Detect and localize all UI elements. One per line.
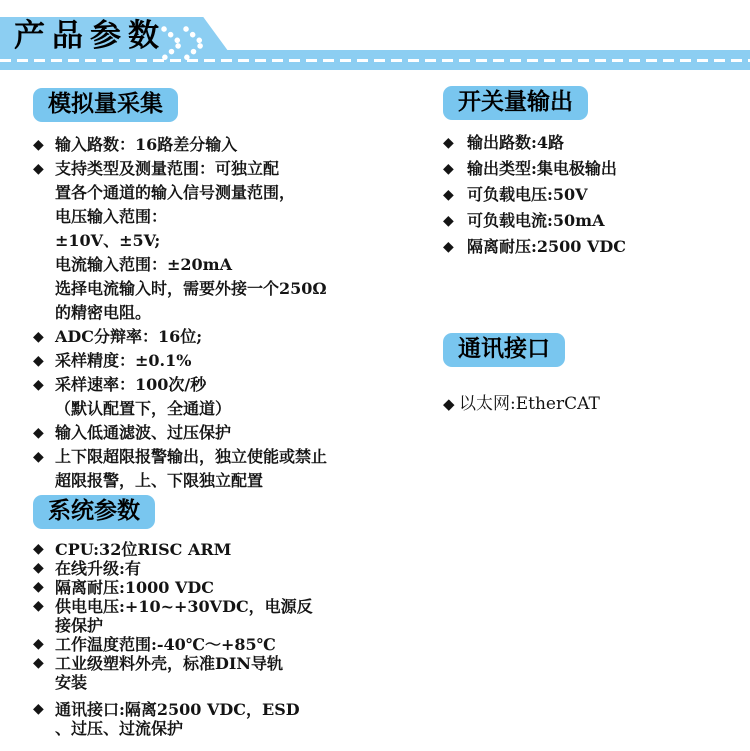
- spec-text-line: ADC分辩率：16位;: [55, 325, 413, 349]
- spec-text-line: 安装: [55, 673, 413, 692]
- diamond-bullet-icon: ◆: [33, 445, 55, 469]
- product-parameters-page: 产品参数 模拟量采集 ◆输入路数：16路差分输入◆支持类型及测量范围：可独立配置…: [0, 0, 750, 751]
- diamond-bullet-icon: ◆: [443, 160, 467, 178]
- spec-text-line: 可负载电压:50V: [467, 186, 743, 204]
- section-system-parameters: 系统参数 ◆CPU:32位RISC ARM◆在线升级:有◆隔离耐压:1000 V…: [33, 495, 413, 738]
- diamond-bullet-icon: ◆: [33, 700, 55, 719]
- spec-text-line: 、过压、过流保护: [55, 719, 413, 738]
- spec-bullet-item: ◆采样速率：100次/秒（默认配置下，全通道）: [33, 373, 413, 421]
- spec-text-line: ±10V、±5V;: [55, 229, 413, 253]
- diamond-bullet-icon: ◆: [443, 134, 467, 152]
- section-title-analog-acquisition: 模拟量采集: [33, 88, 178, 122]
- spec-bullet-item: ◆输入低通滤波、过压保护: [33, 421, 413, 445]
- spec-bullet-item: ◆输入路数：16路差分输入: [33, 133, 413, 157]
- page-title: 产品参数: [14, 21, 166, 52]
- spec-bullet-item: ◆以太网:EtherCAT: [443, 394, 743, 414]
- diamond-bullet-icon: ◆: [33, 635, 55, 654]
- spec-text-line: 隔离耐压:1000 VDC: [55, 578, 413, 597]
- section-title-digital-output: 开关量输出: [443, 86, 588, 120]
- spec-text-line: 工业级塑料外壳，标准DIN导轨: [55, 654, 413, 673]
- spec-text-line: 输出路数:4路: [467, 134, 743, 152]
- spec-bullet-item: ◆隔离耐压:2500 VDC: [443, 238, 743, 256]
- diamond-bullet-icon: ◆: [33, 133, 55, 157]
- page-banner: 产品参数: [0, 0, 750, 72]
- diamond-bullet-icon: ◆: [33, 597, 55, 616]
- diamond-bullet-icon: ◆: [33, 373, 55, 397]
- spec-bullet-item: ◆ADC分辩率：16位;: [33, 325, 413, 349]
- diamond-bullet-icon: ◆: [443, 212, 467, 230]
- spec-text-line: 供电电压:+10~+30VDC，电源反: [55, 597, 413, 616]
- spec-bullet-item: ◆供电电压:+10~+30VDC，电源反接保护: [33, 597, 413, 635]
- diamond-bullet-icon: ◆: [443, 186, 467, 204]
- spec-bullet-item: ◆可负载电流:50mA: [443, 212, 743, 230]
- spec-text-line: 采样精度：±0.1%: [55, 349, 413, 373]
- diamond-bullet-icon: ◆: [33, 349, 55, 373]
- spec-bullet-item: ◆支持类型及测量范围：可独立配置各个通道的输入信号测量范围，电压输入范围：±10…: [33, 157, 413, 325]
- banner-dashed-line: [0, 59, 750, 62]
- spec-text-line: 超限报警，上、下限独立配置: [55, 469, 413, 493]
- spec-bullet-item: ◆输出类型:集电极输出: [443, 160, 743, 178]
- spec-bullet-item: ◆可负载电压:50V: [443, 186, 743, 204]
- section-title-system-parameters: 系统参数: [33, 495, 155, 529]
- diamond-bullet-icon: ◆: [33, 325, 55, 349]
- spec-text-line: 的精密电阻。: [55, 301, 413, 325]
- diamond-bullet-icon: ◆: [443, 238, 467, 256]
- spec-text-line: 电压输入范围：: [55, 205, 413, 229]
- spec-text-line: 可负载电流:50mA: [467, 212, 743, 230]
- spec-bullet-item: ◆通讯接口:隔离2500 VDC，ESD、过压、过流保护: [33, 700, 413, 738]
- spec-text-line: 采样速率：100次/秒: [55, 373, 413, 397]
- diamond-bullet-icon: ◆: [33, 654, 55, 673]
- spec-text-line: 隔离耐压:2500 VDC: [467, 238, 743, 256]
- spec-text-line: 工作温度范围:-40℃～+85℃: [55, 635, 413, 654]
- spec-bullet-item: ◆工作温度范围:-40℃～+85℃: [33, 635, 413, 654]
- spec-text-line: 选择电流输入时，需要外接一个250Ω: [55, 277, 413, 301]
- double-chevron-right-icon: [159, 25, 207, 62]
- section-analog-acquisition: 模拟量采集 ◆输入路数：16路差分输入◆支持类型及测量范围：可独立配置各个通道的…: [33, 88, 413, 493]
- diamond-bullet-icon: ◆: [33, 157, 55, 181]
- spec-bullet-item: ◆输出路数:4路: [443, 134, 743, 152]
- diamond-bullet-icon: ◆: [443, 394, 459, 414]
- spec-text-line: 输入路数：16路差分输入: [55, 133, 413, 157]
- spec-text-line: 接保护: [55, 616, 413, 635]
- spec-text-line: 通讯接口:隔离2500 VDC，ESD: [55, 700, 413, 719]
- section-communication-interface: 通讯接口 ◆以太网:EtherCAT: [443, 333, 743, 414]
- spec-bullet-item: ◆在线升级:有: [33, 559, 413, 578]
- spec-text-line: 在线升级:有: [55, 559, 413, 578]
- spec-text-line: 上下限超限报警输出，独立使能或禁止: [55, 445, 413, 469]
- section-title-communication-interface: 通讯接口: [443, 333, 565, 367]
- diamond-bullet-icon: ◆: [33, 421, 55, 445]
- spec-bullet-item: ◆隔离耐压:1000 VDC: [33, 578, 413, 597]
- spec-bullet-item: ◆CPU:32位RISC ARM: [33, 540, 413, 559]
- section-digital-output: 开关量输出 ◆输出路数:4路◆输出类型:集电极输出◆可负载电压:50V◆可负载电…: [443, 86, 743, 264]
- diamond-bullet-icon: ◆: [33, 578, 55, 597]
- spec-text-line: CPU:32位RISC ARM: [55, 540, 413, 559]
- analog-acquisition-spec-list: ◆输入路数：16路差分输入◆支持类型及测量范围：可独立配置各个通道的输入信号测量…: [33, 133, 413, 493]
- system-parameters-spec-list: ◆CPU:32位RISC ARM◆在线升级:有◆隔离耐压:1000 VDC◆供电…: [33, 540, 413, 738]
- spec-text-line: 以太网:EtherCAT: [459, 394, 743, 414]
- digital-output-spec-list: ◆输出路数:4路◆输出类型:集电极输出◆可负载电压:50V◆可负载电流:50mA…: [443, 134, 743, 256]
- spec-bullet-item: ◆采样精度：±0.1%: [33, 349, 413, 373]
- spec-text-line: 输入低通滤波、过压保护: [55, 421, 413, 445]
- spec-text-line: 置各个通道的输入信号测量范围，: [55, 181, 413, 205]
- spec-text-line: （默认配置下，全通道）: [55, 397, 413, 421]
- spec-text-line: 输出类型:集电极输出: [467, 160, 743, 178]
- diamond-bullet-icon: ◆: [33, 540, 55, 559]
- spec-text-line: 电流输入范围：±20mA: [55, 253, 413, 277]
- diamond-bullet-icon: ◆: [33, 559, 55, 578]
- spec-text-line: 支持类型及测量范围：可独立配: [55, 157, 413, 181]
- spec-bullet-item: ◆工业级塑料外壳，标准DIN导轨安装: [33, 654, 413, 692]
- communication-interface-spec-list: ◆以太网:EtherCAT: [443, 394, 743, 414]
- spec-bullet-item: ◆上下限超限报警输出，独立使能或禁止超限报警，上、下限独立配置: [33, 445, 413, 493]
